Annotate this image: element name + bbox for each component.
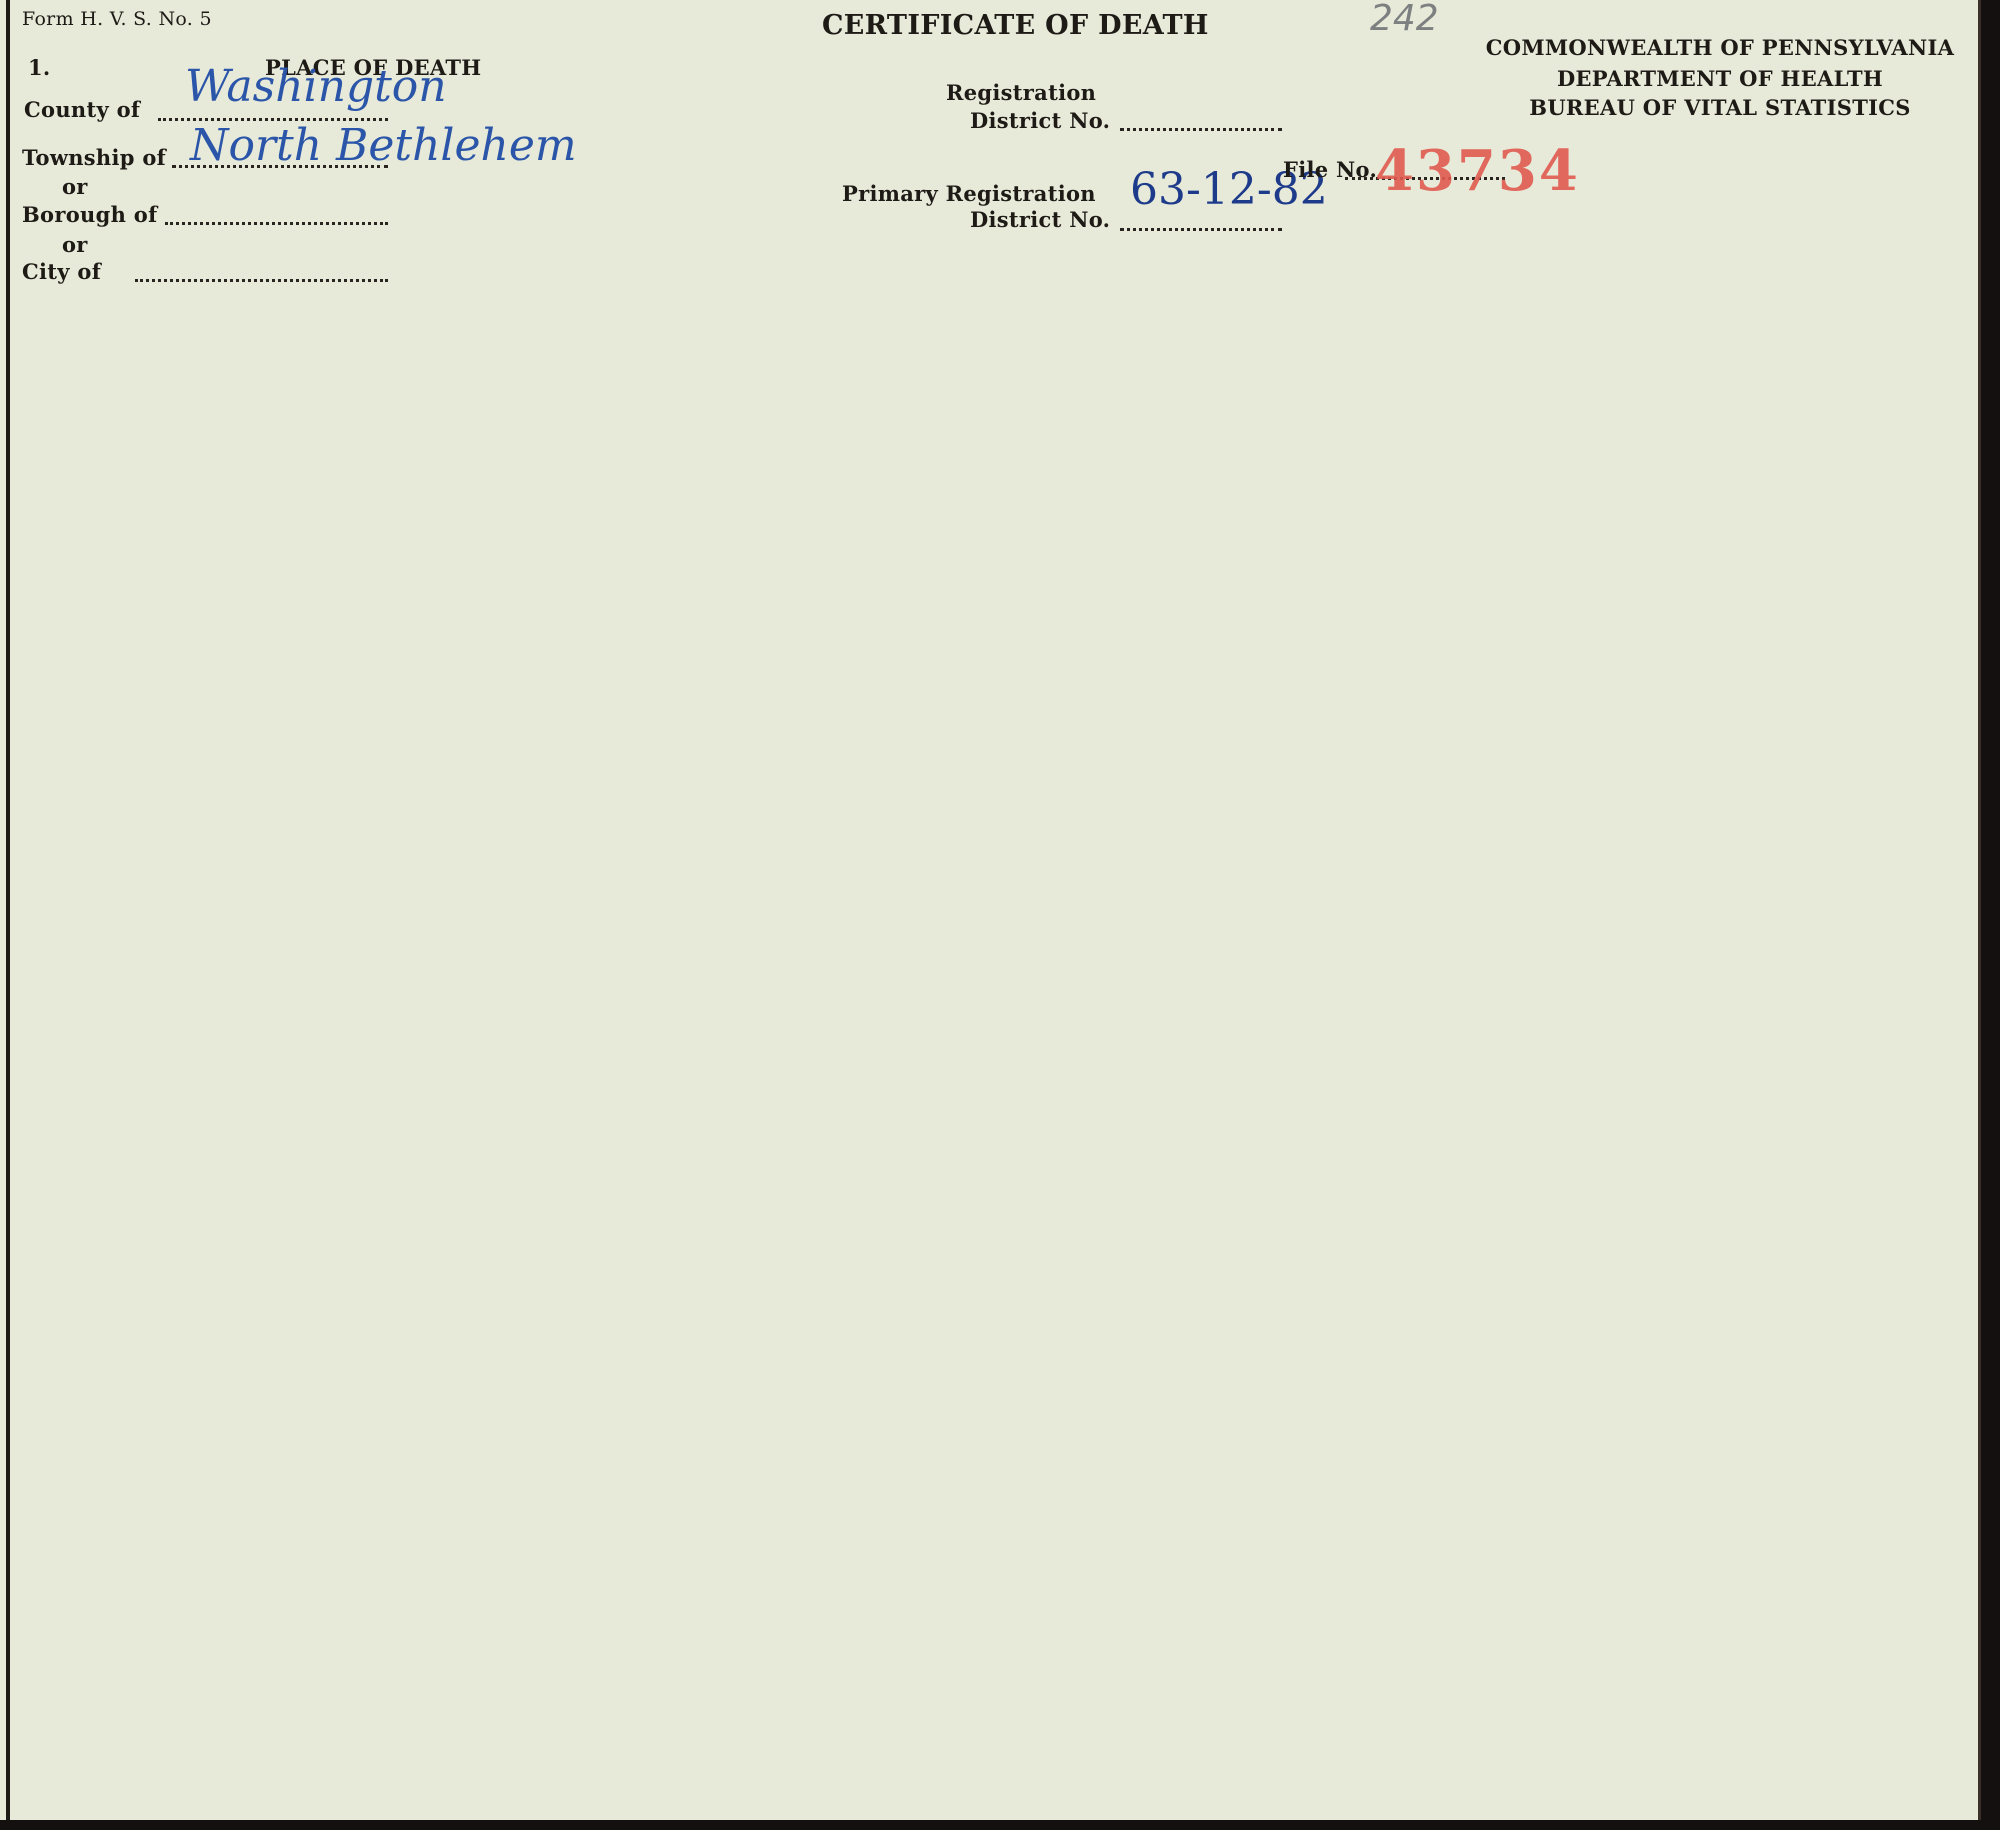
county-value[interactable]: Washington <box>185 65 447 109</box>
pencil-note: 242 <box>1370 0 1439 39</box>
agency-line-2: DEPARTMENT OF HEALTH <box>1460 66 1980 91</box>
county-label: County of <box>24 97 140 122</box>
agency-line-3: BUREAU OF VITAL STATISTICS <box>1460 95 1980 120</box>
agency-line-1: COMMONWEALTH OF PENNSYLVANIA <box>1460 35 1980 60</box>
file-no-value: 43734 <box>1375 138 1580 204</box>
left-border <box>6 0 10 1820</box>
or-label: or <box>62 232 88 257</box>
borough-label: Borough of <box>22 202 157 227</box>
primary-registration-label: Primary Registration <box>842 181 1096 206</box>
borough-field[interactable] <box>165 222 388 225</box>
city-field[interactable] <box>135 279 388 282</box>
registration-district-field[interactable] <box>1120 128 1282 131</box>
death-certificate: Form H. V. S. No. 5 CERTIFICATE OF DEATH… <box>0 0 1981 1820</box>
primary-district-label: District No. <box>970 207 1110 232</box>
township-value[interactable]: North Bethlehem <box>190 124 577 168</box>
registration-label: Registration <box>946 80 1096 105</box>
township-label: Township of <box>22 145 166 170</box>
page-title: CERTIFICATE OF DEATH <box>822 10 1209 41</box>
form-id: Form H. V. S. No. 5 <box>22 8 212 30</box>
or-label: or <box>62 174 88 199</box>
city-label: City of <box>22 259 101 284</box>
place-number: 1. <box>28 55 51 80</box>
district-label: District No. <box>970 108 1110 133</box>
